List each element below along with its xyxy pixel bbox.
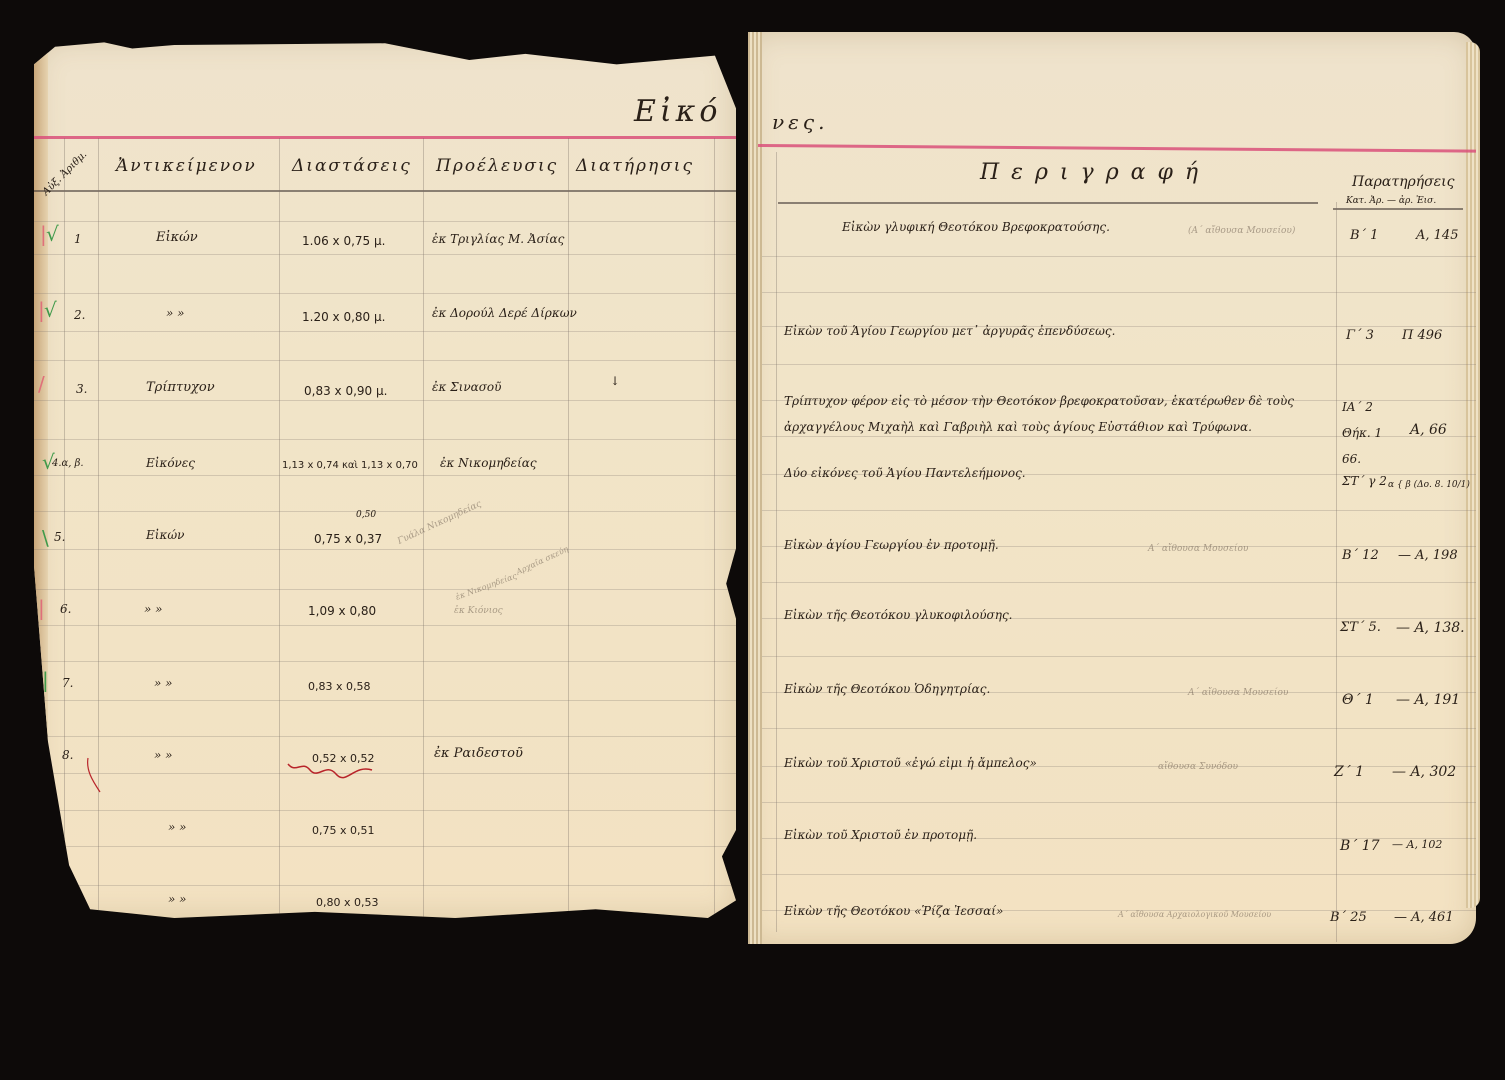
row-6-dimensions: 1,09 x 0,80 bbox=[308, 604, 376, 618]
pencil-location-row-7: Α΄ αἴθουσα Μουσείου bbox=[1188, 688, 1288, 698]
inventory-row-9: — Α, 102 bbox=[1392, 838, 1442, 851]
catalog-row-2: Γ΄ 3 bbox=[1346, 328, 1374, 343]
green-check-icon: | bbox=[42, 670, 49, 690]
row-8-number: 8. bbox=[62, 748, 73, 762]
row-1-number: 1 bbox=[74, 232, 82, 246]
inventory-row-4: α { β (Δο. 8. 10/1) bbox=[1388, 480, 1470, 490]
row-3-preservation: ↓ bbox=[610, 374, 620, 388]
row-6-object: » » bbox=[144, 602, 163, 616]
inventory-row-8: — Α, 302 bbox=[1392, 764, 1456, 780]
desc-row-7: Εἰκὼν τῆς Θεοτόκου Ὁδηγητρίας. bbox=[784, 682, 990, 696]
inventory-row-5: — Α, 198 bbox=[1398, 548, 1458, 563]
header-object: Ἀντικείμενον bbox=[116, 156, 257, 176]
desc-row-6: Εἰκὼν τῆς Θεοτόκου γλυκοφιλούσης. bbox=[784, 608, 1012, 622]
pink-header-rule bbox=[758, 144, 1476, 153]
column-divider bbox=[98, 138, 99, 918]
catalog-row-7: Θ΄ 1 bbox=[1342, 692, 1374, 708]
green-check-icon: √ bbox=[46, 224, 59, 244]
pencil-location-row-1: (Α΄ αἴθουσα Μουσείου) bbox=[1188, 226, 1295, 236]
desc-row-10: Εἰκὼν τῆς Θεοτόκου «Ῥίζα Ἰεσσαί» bbox=[784, 904, 1003, 918]
inventory-row-3: Α, 66 bbox=[1410, 422, 1447, 438]
red-arrow-mark-icon bbox=[84, 756, 104, 796]
inventory-row-2: Π 496 bbox=[1402, 328, 1442, 343]
remarks-subheader: Κατ. Ἀρ. — ἀρ. Ἐισ. bbox=[1346, 196, 1436, 206]
row-3-number: 3. bbox=[76, 382, 87, 396]
header-underline bbox=[778, 202, 1318, 204]
header-remarks: Παρατηρήσεις bbox=[1352, 174, 1455, 190]
desc-row-8: Εἰκὼν τοῦ Χριστοῦ «ἐγώ εἰμι ἡ ἄμπελος» bbox=[784, 756, 1037, 770]
row-10-object: » » bbox=[168, 892, 187, 906]
catalog-row-9: Β΄ 17 bbox=[1340, 838, 1380, 854]
inventory-row-10: — Α, 461 bbox=[1394, 910, 1454, 925]
pencil-note: ἐκ Κιόνιος bbox=[454, 606, 503, 616]
inventory-row-7: — Α, 191 bbox=[1396, 692, 1460, 708]
row-3-origin: ἐκ Σινασοῦ bbox=[432, 380, 501, 394]
header-description: Περιγραφή bbox=[980, 160, 1210, 185]
catalog-row-4: ΣΤ΄ γ 2 bbox=[1342, 474, 1387, 488]
pencil-location-row-10: Α΄ αἴθουσα Αρχαιολογικοῦ Μουσείου bbox=[1118, 910, 1271, 919]
binding-edge bbox=[34, 38, 48, 918]
row-1-origin: ἐκ Τριγλίας Μ. Ἀσίας bbox=[432, 232, 564, 246]
row-5-dimension-correction: 0,50 bbox=[356, 510, 376, 520]
inventory-row-1: Α, 145 bbox=[1416, 228, 1458, 243]
row-9-dimensions: 0,75 x 0,51 bbox=[312, 824, 375, 837]
row-3-dimensions: 0,83 x 0,90 μ. bbox=[304, 384, 387, 398]
row-1-dimensions: 1.06 x 0,75 μ. bbox=[302, 234, 385, 248]
row-4-dimensions: 1,13 x 0,74 καὶ 1,13 x 0,70 bbox=[282, 460, 418, 471]
catalog-row-5: Β΄ 12 bbox=[1342, 548, 1379, 563]
row-7-dimensions: 0,83 x 0,58 bbox=[308, 680, 371, 693]
green-check-icon: √ bbox=[44, 300, 57, 320]
row-6-number: 6. bbox=[60, 602, 71, 616]
row-4-object: Εἰκόνες bbox=[146, 456, 195, 470]
row-5-object: Εἰκών bbox=[146, 528, 184, 542]
page-stack-edge bbox=[1466, 42, 1480, 908]
left-page: Εἰκό Αὐξ. Ἀριθμ. Ἀντικείμενον Διαστάσεις… bbox=[34, 38, 736, 918]
row-9-object: » » bbox=[168, 820, 187, 834]
column-divider bbox=[568, 138, 569, 918]
catalog-row-3: ΙΑ΄ 2 Θήκ. 1 66. bbox=[1342, 394, 1402, 472]
pink-header-rule bbox=[34, 136, 736, 139]
column-divider bbox=[1336, 202, 1337, 942]
row-1-object: Εἰκών bbox=[156, 230, 198, 245]
row-8-origin: ἐκ Ραιδεστοῦ bbox=[434, 746, 523, 761]
row-8-object: » » bbox=[154, 748, 173, 762]
row-2-dimensions: 1.20 x 0,80 μ. bbox=[302, 310, 385, 324]
catalog-row-1: Β΄ 1 bbox=[1350, 228, 1378, 243]
row-4-number: 4.α, β. bbox=[52, 458, 84, 469]
column-divider bbox=[279, 138, 280, 918]
row-7-number: 7. bbox=[62, 676, 73, 690]
inventory-row-6: — Α, 138. bbox=[1396, 620, 1465, 636]
desc-row-5: Εἰκὼν ἁγίου Γεωργίου ἐν προτομῇ. bbox=[784, 538, 999, 552]
row-2-object: » » bbox=[166, 306, 185, 320]
row-7-object: » » bbox=[154, 676, 173, 690]
row-10-dimensions: 0,80 x 0,53 bbox=[316, 896, 379, 909]
header-dimensions: Διαστάσεις bbox=[292, 156, 412, 176]
header-origin: Προέλευσις bbox=[436, 156, 558, 176]
desc-row-4: Δύο εἰκόνες τοῦ Ἁγίου Παντελεήμονος. bbox=[784, 466, 1026, 480]
row-2-number: 2. bbox=[74, 308, 85, 322]
remarks-underline bbox=[1333, 208, 1463, 210]
page-gutter bbox=[748, 32, 762, 944]
header-underline bbox=[34, 190, 736, 192]
catalog-row-6: ΣΤ΄ 5. bbox=[1340, 620, 1381, 635]
column-divider bbox=[714, 138, 715, 918]
green-check-icon: \ bbox=[42, 528, 49, 548]
page-title-left: Εἰκό bbox=[634, 94, 721, 129]
desc-row-3: Τρίπτυχον φέρον εἰς τὸ μέσον τὴν Θεοτόκο… bbox=[784, 388, 1344, 440]
header-preservation: Διατήρησις bbox=[576, 156, 694, 176]
pencil-location-row-8: αἴθουσα Συνόδου bbox=[1158, 762, 1238, 772]
red-check-icon: / bbox=[38, 374, 45, 394]
right-page: νες. Περιγραφή Παρατηρήσεις Κατ. Ἀρ. — ἀ… bbox=[748, 32, 1476, 944]
pencil-location-row-5: Α΄ αἴθουσα Μουσείου bbox=[1148, 544, 1248, 554]
row-4-origin: ἐκ Νικομηδείας bbox=[440, 456, 537, 470]
row-5-number: 5. bbox=[54, 530, 65, 544]
red-wavy-underline-icon bbox=[286, 760, 376, 784]
pencil-note: Γυάλα Νικομηδείας bbox=[396, 499, 483, 547]
pencil-note: ἐκ Νικομηδείας bbox=[454, 571, 518, 601]
catalog-row-10: Β΄ 25 bbox=[1330, 910, 1367, 925]
row-3-object: Τρίπτυχον bbox=[146, 380, 215, 395]
catalog-row-8: Ζ΄ 1 bbox=[1334, 764, 1364, 780]
column-divider bbox=[776, 152, 777, 932]
row-2-origin: ἐκ Δορούλ Δερέ Δίρκων bbox=[432, 306, 577, 320]
desc-row-2: Εἰκὼν τοῦ Ἁγίου Γεωργίου μετ᾽ ἀργυρᾶς ἐπ… bbox=[784, 324, 1115, 338]
desc-row-9: Εἰκὼν τοῦ Χριστοῦ ἐν προτομῇ. bbox=[784, 828, 977, 842]
row-5-dimensions: 0,75 x 0,37 bbox=[314, 532, 382, 546]
column-divider bbox=[64, 138, 65, 918]
page-title-right: νες. bbox=[772, 110, 828, 134]
red-check-icon: | bbox=[38, 598, 45, 618]
desc-row-1: Εἰκὼν γλυφική Θεοτόκου Βρεφοκρατούσης. bbox=[842, 220, 1110, 234]
